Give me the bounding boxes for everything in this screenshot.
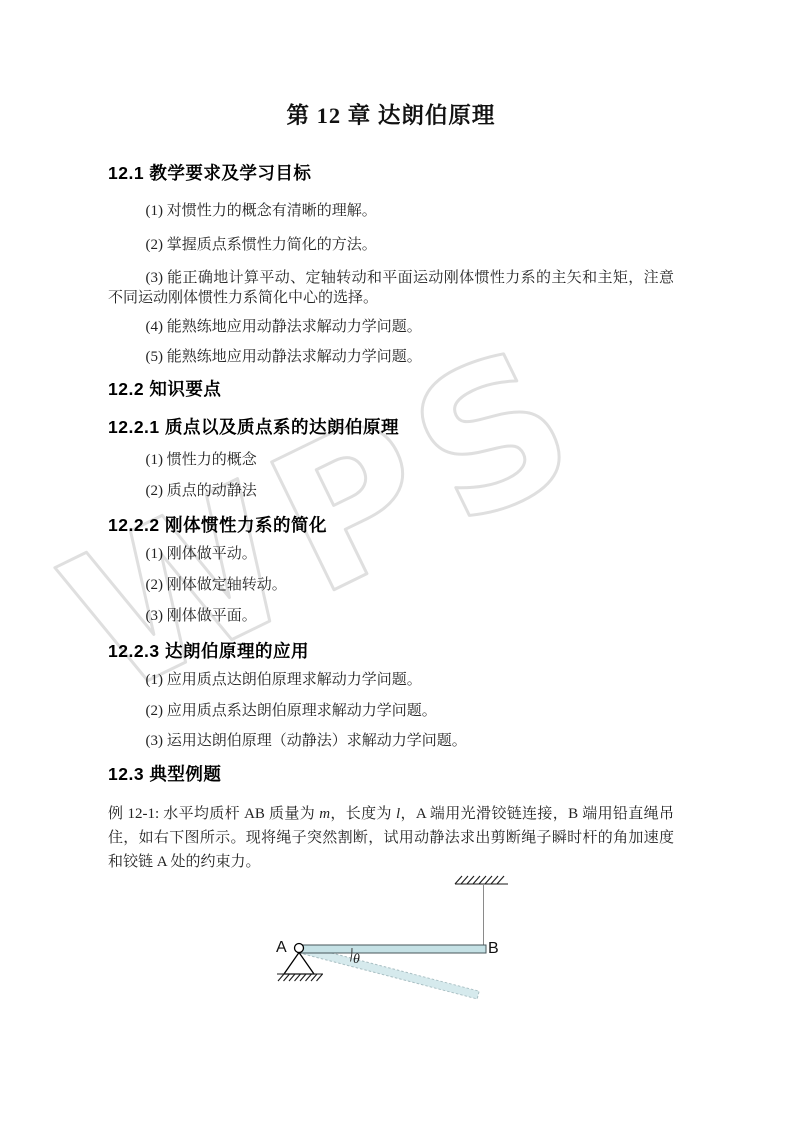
list-item: (2) 应用质点系达朗伯原理求解动力学问题。	[108, 701, 674, 721]
list-item: (4) 能熟练地应用动静法求解动力学问题。	[108, 317, 674, 337]
section-heading-12-1: 12.1 教学要求及学习目标	[108, 161, 674, 185]
ceiling-support	[455, 876, 508, 884]
example-text: 水平均质杆 AB 质量为	[159, 806, 319, 822]
list-item: (3) 运用达朗伯原理（动静法）求解动力学问题。	[108, 731, 674, 751]
bar-ab	[300, 945, 487, 953]
list-item: (2) 质点的动静法	[108, 481, 674, 501]
example-paragraph: 例 12-1: 水平均质杆 AB 质量为 m，长度为 l，A 端用光滑铰链连接，…	[108, 802, 674, 874]
math-var-m: m	[319, 806, 330, 822]
list-item: (1) 应用质点达朗伯原理求解动力学问题。	[108, 670, 674, 690]
page-content: 第 12 章 达朗伯原理 12.1 教学要求及学习目标 (1) 对惯性力的概念有…	[0, 0, 793, 1019]
section-heading-12-2: 12.2 知识要点	[108, 377, 674, 401]
document-page: WPS 第 12 章 达朗伯原理 12.1 教学要求及学习目标 (1) 对惯性力…	[0, 0, 793, 1122]
label-point-a: A	[276, 939, 287, 956]
section-heading-12-2-2: 12.2.2 刚体惯性力系的简化	[108, 513, 674, 537]
example-label: 例 12-1:	[108, 806, 159, 822]
list-item: (5) 能熟练地应用动静法求解动力学问题。	[108, 347, 674, 367]
list-item: (3) 刚体做平面。	[108, 606, 674, 626]
figure-canvas: θ A	[250, 874, 570, 1019]
list-item: (1) 刚体做平动。	[108, 544, 674, 564]
ground-hatch	[277, 974, 323, 981]
angle-theta-label: θ	[353, 952, 360, 967]
section-heading-12-2-3: 12.2.3 达朗伯原理的应用	[108, 639, 674, 663]
chapter-title: 第 12 章 达朗伯原理	[108, 0, 674, 134]
list-item: (1) 对惯性力的概念有清晰的理解。	[108, 201, 674, 221]
example-figure: θ A	[250, 874, 570, 1019]
label-point-b: B	[488, 940, 499, 957]
example-text: ，长度为	[330, 806, 396, 822]
section-heading-12-2-1: 12.2.1 质点以及质点系的达朗伯原理	[108, 415, 674, 439]
section-heading-12-3: 12.3 典型例题	[108, 762, 674, 786]
list-item: (2) 刚体做定轴转动。	[108, 575, 674, 595]
list-item: (2) 掌握质点系惯性力简化的方法。	[108, 235, 674, 255]
list-item: (3) 能正确地计算平动、定轴转动和平面运动刚体惯性力系的主矢和主矩，注意不同运…	[108, 268, 674, 308]
list-item: (1) 惯性力的概念	[108, 450, 674, 470]
